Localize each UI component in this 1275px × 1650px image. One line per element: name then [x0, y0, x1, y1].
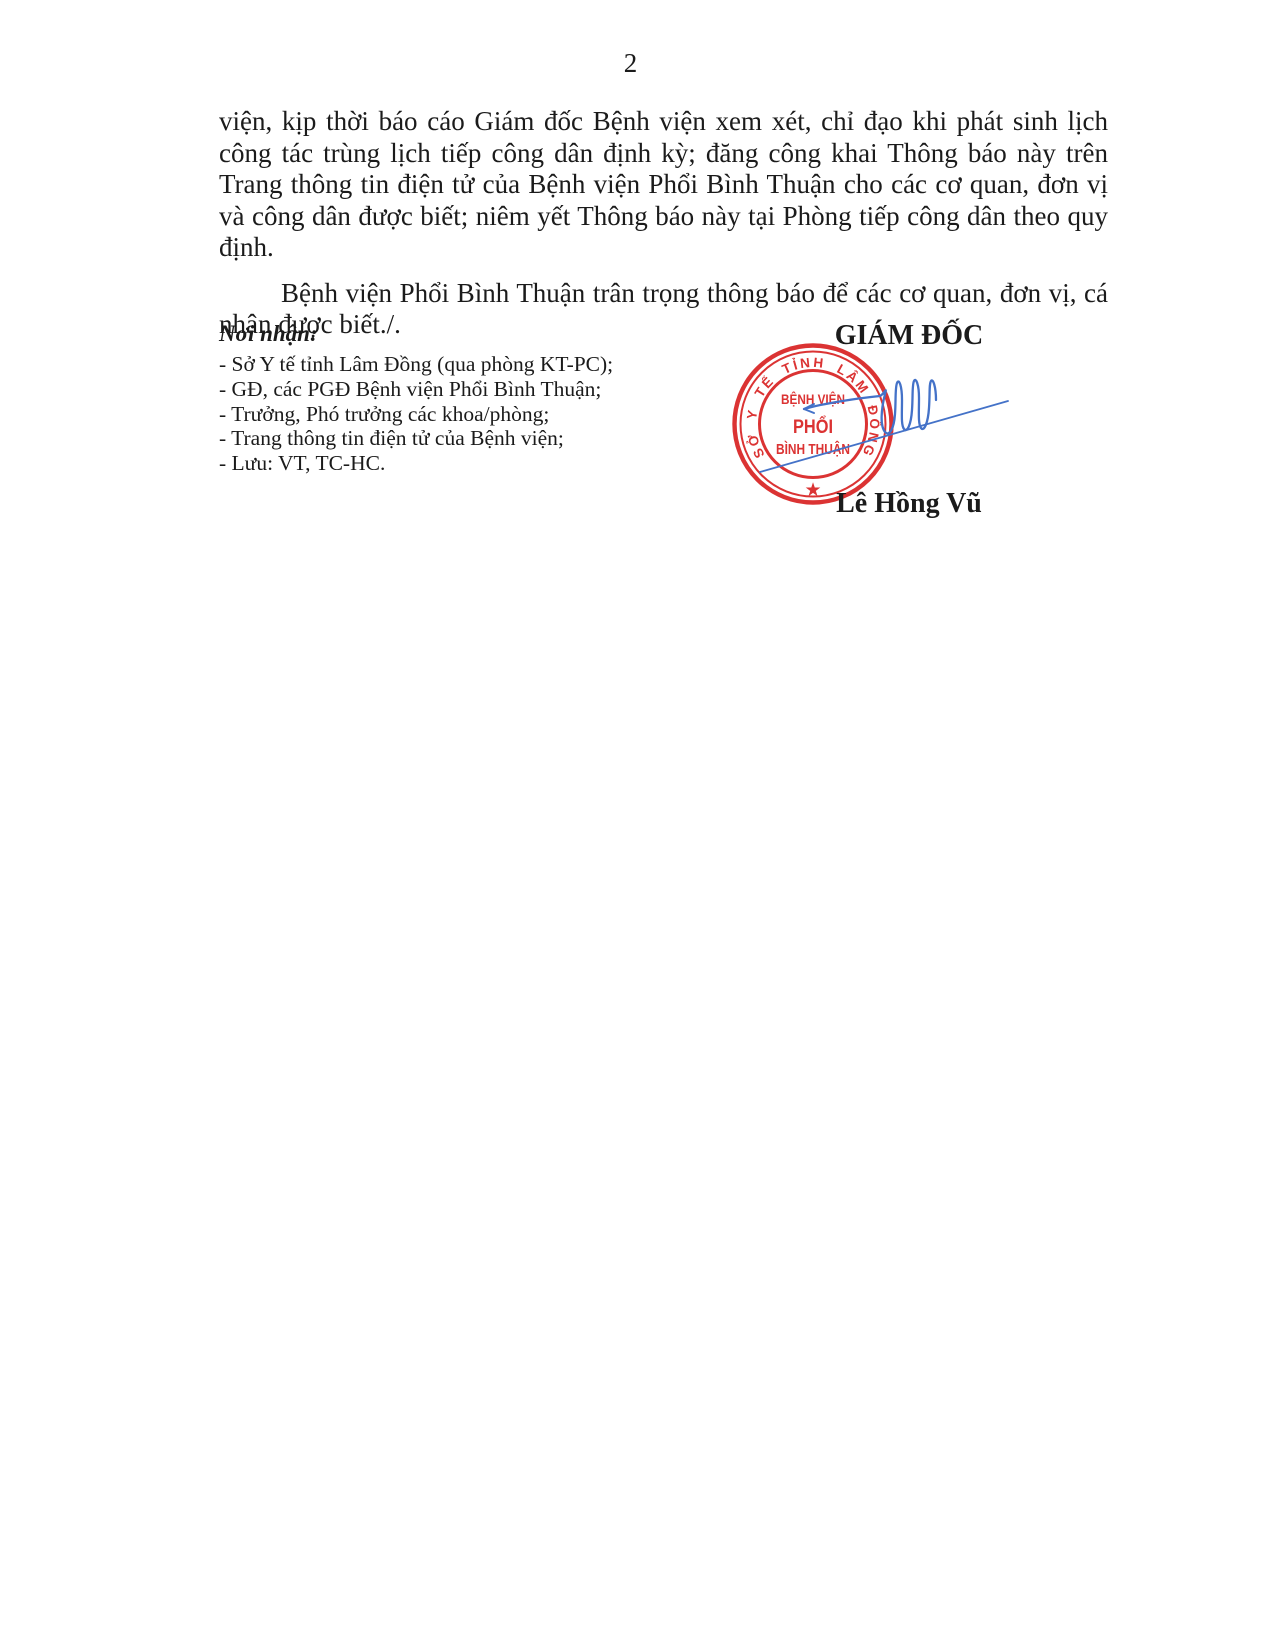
body-text: viện, kịp thời báo cáo Giám đốc Bệnh việ…	[219, 106, 1108, 341]
signature-loops	[804, 380, 936, 434]
document-page: 2 viện, kịp thời báo cáo Giám đốc Bệnh v…	[0, 0, 1275, 1650]
signature-ink	[730, 330, 1020, 490]
recipient-item: - GĐ, các PGĐ Bệnh viện Phổi Bình Thuận;	[219, 377, 659, 402]
paragraph-1: viện, kịp thời báo cáo Giám đốc Bệnh việ…	[219, 106, 1108, 264]
signature-tail	[760, 401, 1008, 472]
recipient-item: - Lưu: VT, TC-HC.	[219, 451, 659, 476]
recipient-item: - Sở Y tế tỉnh Lâm Đồng (qua phòng KT-PC…	[219, 352, 659, 377]
signer-name: Lê Hồng Vũ	[759, 487, 1059, 521]
recipients-block: Nơi nhận: - Sở Y tế tỉnh Lâm Đồng (qua p…	[219, 321, 659, 476]
recipients-header: Nơi nhận:	[219, 321, 659, 347]
page-number: 2	[0, 48, 1261, 79]
recipients-list: - Sở Y tế tỉnh Lâm Đồng (qua phòng KT-PC…	[219, 352, 659, 476]
recipient-item: - Trang thông tin điện tử của Bệnh viện;	[219, 426, 659, 451]
recipient-item: - Trưởng, Phó trưởng các khoa/phòng;	[219, 402, 659, 427]
